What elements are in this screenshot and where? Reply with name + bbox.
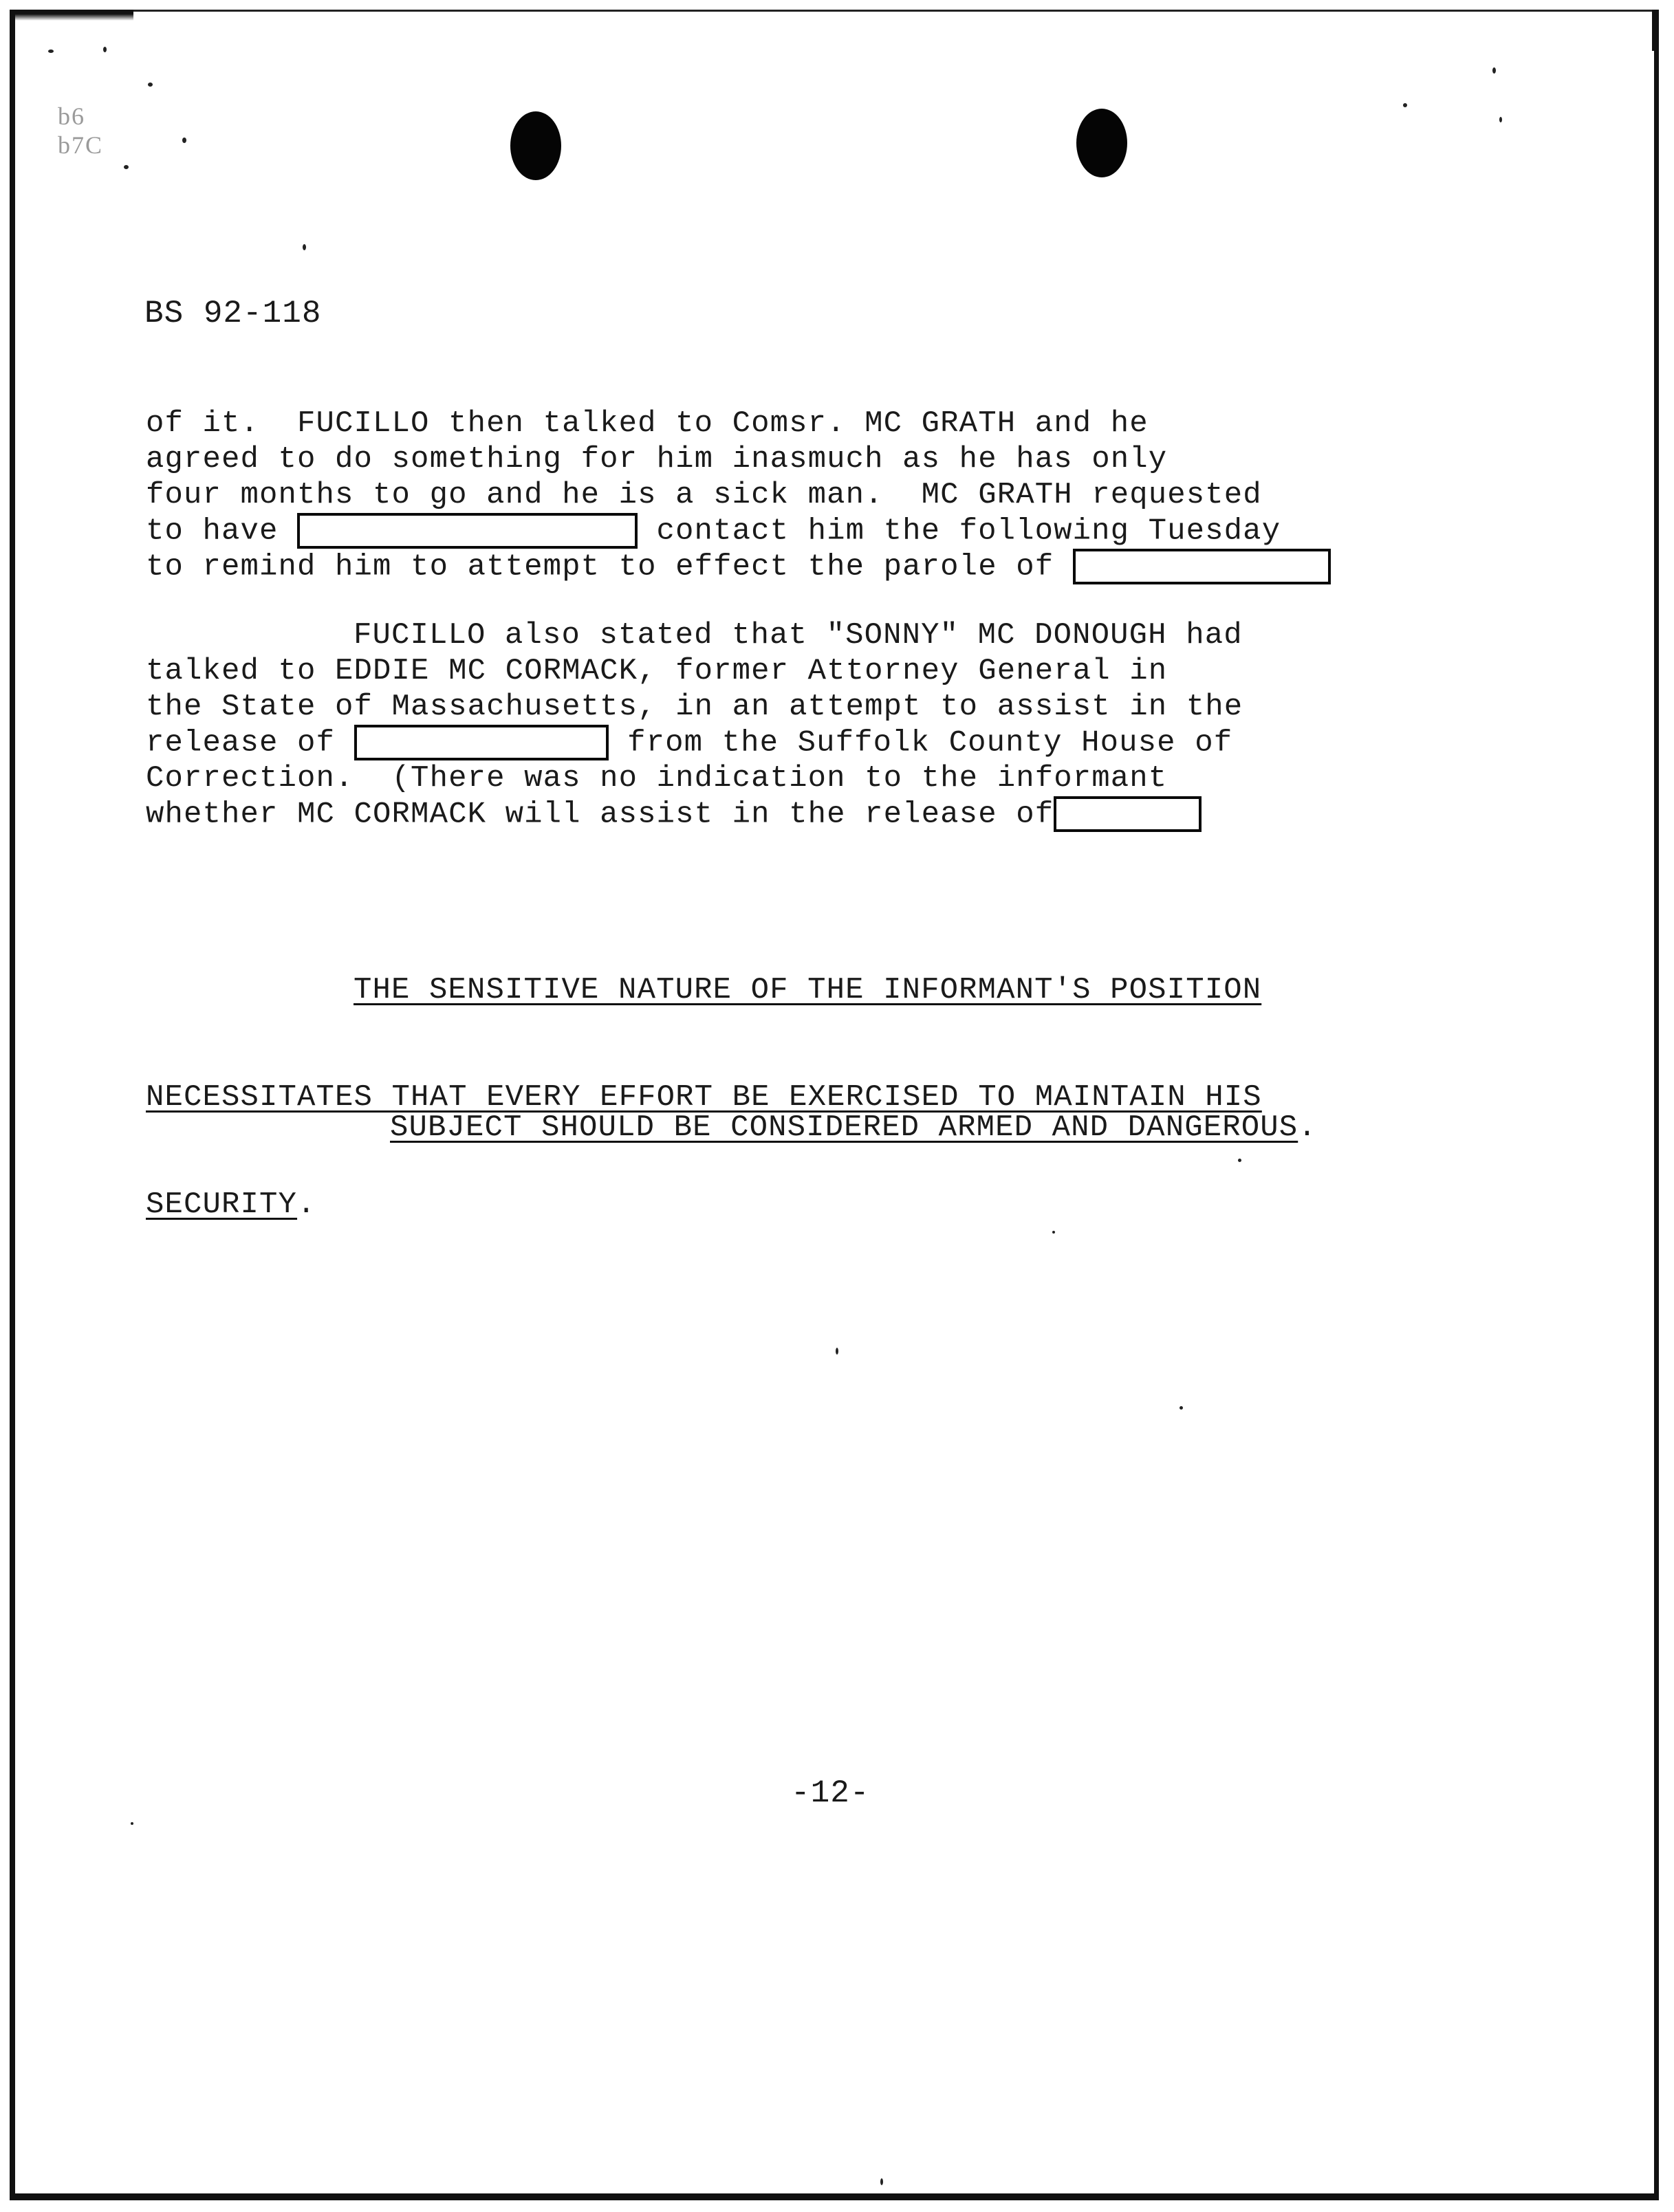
line-text: the State of Massachusetts, in an attemp…	[146, 690, 1243, 724]
para1-line: agreed to do something for him inasmuch …	[146, 441, 1331, 477]
file-number: BS 92-118	[144, 296, 321, 331]
scan-speck	[1492, 67, 1496, 74]
para2-line: whether MC CORMACK will assist in the re…	[146, 796, 1243, 832]
security-warning-line-1: THE SENSITIVE NATURE OF THE INFORMANT'S …	[354, 973, 1261, 1007]
line-text: release of	[146, 726, 354, 760]
scan-speck	[303, 244, 306, 250]
line-text: from the Suffolk County House of	[609, 726, 1233, 760]
line-text: to have	[146, 514, 297, 549]
security-warning-line-3: SECURITY	[146, 1187, 297, 1222]
scan-speck	[103, 47, 107, 52]
punch-hole-right	[1076, 109, 1127, 177]
line-text: Correction. (There was no indication to …	[146, 761, 1167, 796]
para1-line: to remind him to attempt to effect the p…	[146, 549, 1331, 584]
redaction-box	[1054, 796, 1202, 832]
line-text: whether MC CORMACK will assist in the re…	[146, 798, 1054, 832]
line-text: FUCILLO also stated that "SONNY" MC DONO…	[354, 618, 1243, 653]
scan-speck	[1180, 1406, 1183, 1410]
redaction-box	[1073, 549, 1331, 584]
paragraph-parole-request: of it. FUCILLO then talked to Comsr. MC …	[146, 406, 1331, 584]
line-text: four months to go and he is a sick man. …	[146, 478, 1262, 512]
punch-hole-left	[510, 111, 561, 180]
scan-speck	[131, 1822, 133, 1825]
scan-speck	[1403, 103, 1407, 107]
scan-speck	[148, 83, 153, 87]
scan-speck	[836, 1348, 838, 1355]
para2-line: release of from the Suffolk County House…	[146, 725, 1243, 760]
line-text: to remind him to attempt to effect the p…	[146, 550, 1073, 584]
redaction-box	[297, 513, 638, 549]
para1-line: of it. FUCILLO then talked to Comsr. MC …	[146, 406, 1331, 441]
armed-dangerous-text: SUBJECT SHOULD BE CONSIDERED ARMED AND D…	[390, 1110, 1298, 1145]
line-text: of it. FUCILLO then talked to Comsr. MC …	[146, 406, 1149, 441]
paragraph-mccormack-contact: FUCILLO also stated that "SONNY" MC DONO…	[146, 617, 1243, 832]
para2-line: Correction. (There was no indication to …	[146, 760, 1243, 796]
redaction-box	[354, 725, 609, 760]
para1-line: to have contact him the following Tuesda…	[146, 513, 1331, 549]
para2-line: FUCILLO also stated that "SONNY" MC DONO…	[146, 617, 1243, 653]
scan-speck	[182, 138, 186, 143]
scan-speck	[48, 50, 54, 53]
line-text: talked to EDDIE MC CORMACK, former Attor…	[146, 654, 1167, 688]
line-text: agreed to do something for him inasmuch …	[146, 442, 1167, 477]
page-number: -12-	[791, 1775, 869, 1811]
armed-dangerous-period: .	[1298, 1110, 1317, 1145]
security-warning-period: .	[297, 1187, 316, 1222]
para1-line: four months to go and he is a sick man. …	[146, 477, 1331, 513]
exemption-code-b7c: b7C	[58, 131, 103, 160]
exemption-code-b6: b6	[58, 102, 103, 131]
armed-dangerous-warning: SUBJECT SHOULD BE CONSIDERED ARMED AND D…	[352, 1074, 1317, 1146]
scan-speck	[124, 165, 129, 169]
para2-line: the State of Massachusetts, in an attemp…	[146, 689, 1243, 725]
para2-line: talked to EDDIE MC CORMACK, former Attor…	[146, 653, 1243, 689]
scan-speck	[1499, 117, 1502, 122]
scan-speck	[880, 2178, 883, 2185]
foia-exemption-codes: b6 b7C	[58, 102, 103, 160]
line-text: contact him the following Tuesday	[638, 514, 1281, 549]
